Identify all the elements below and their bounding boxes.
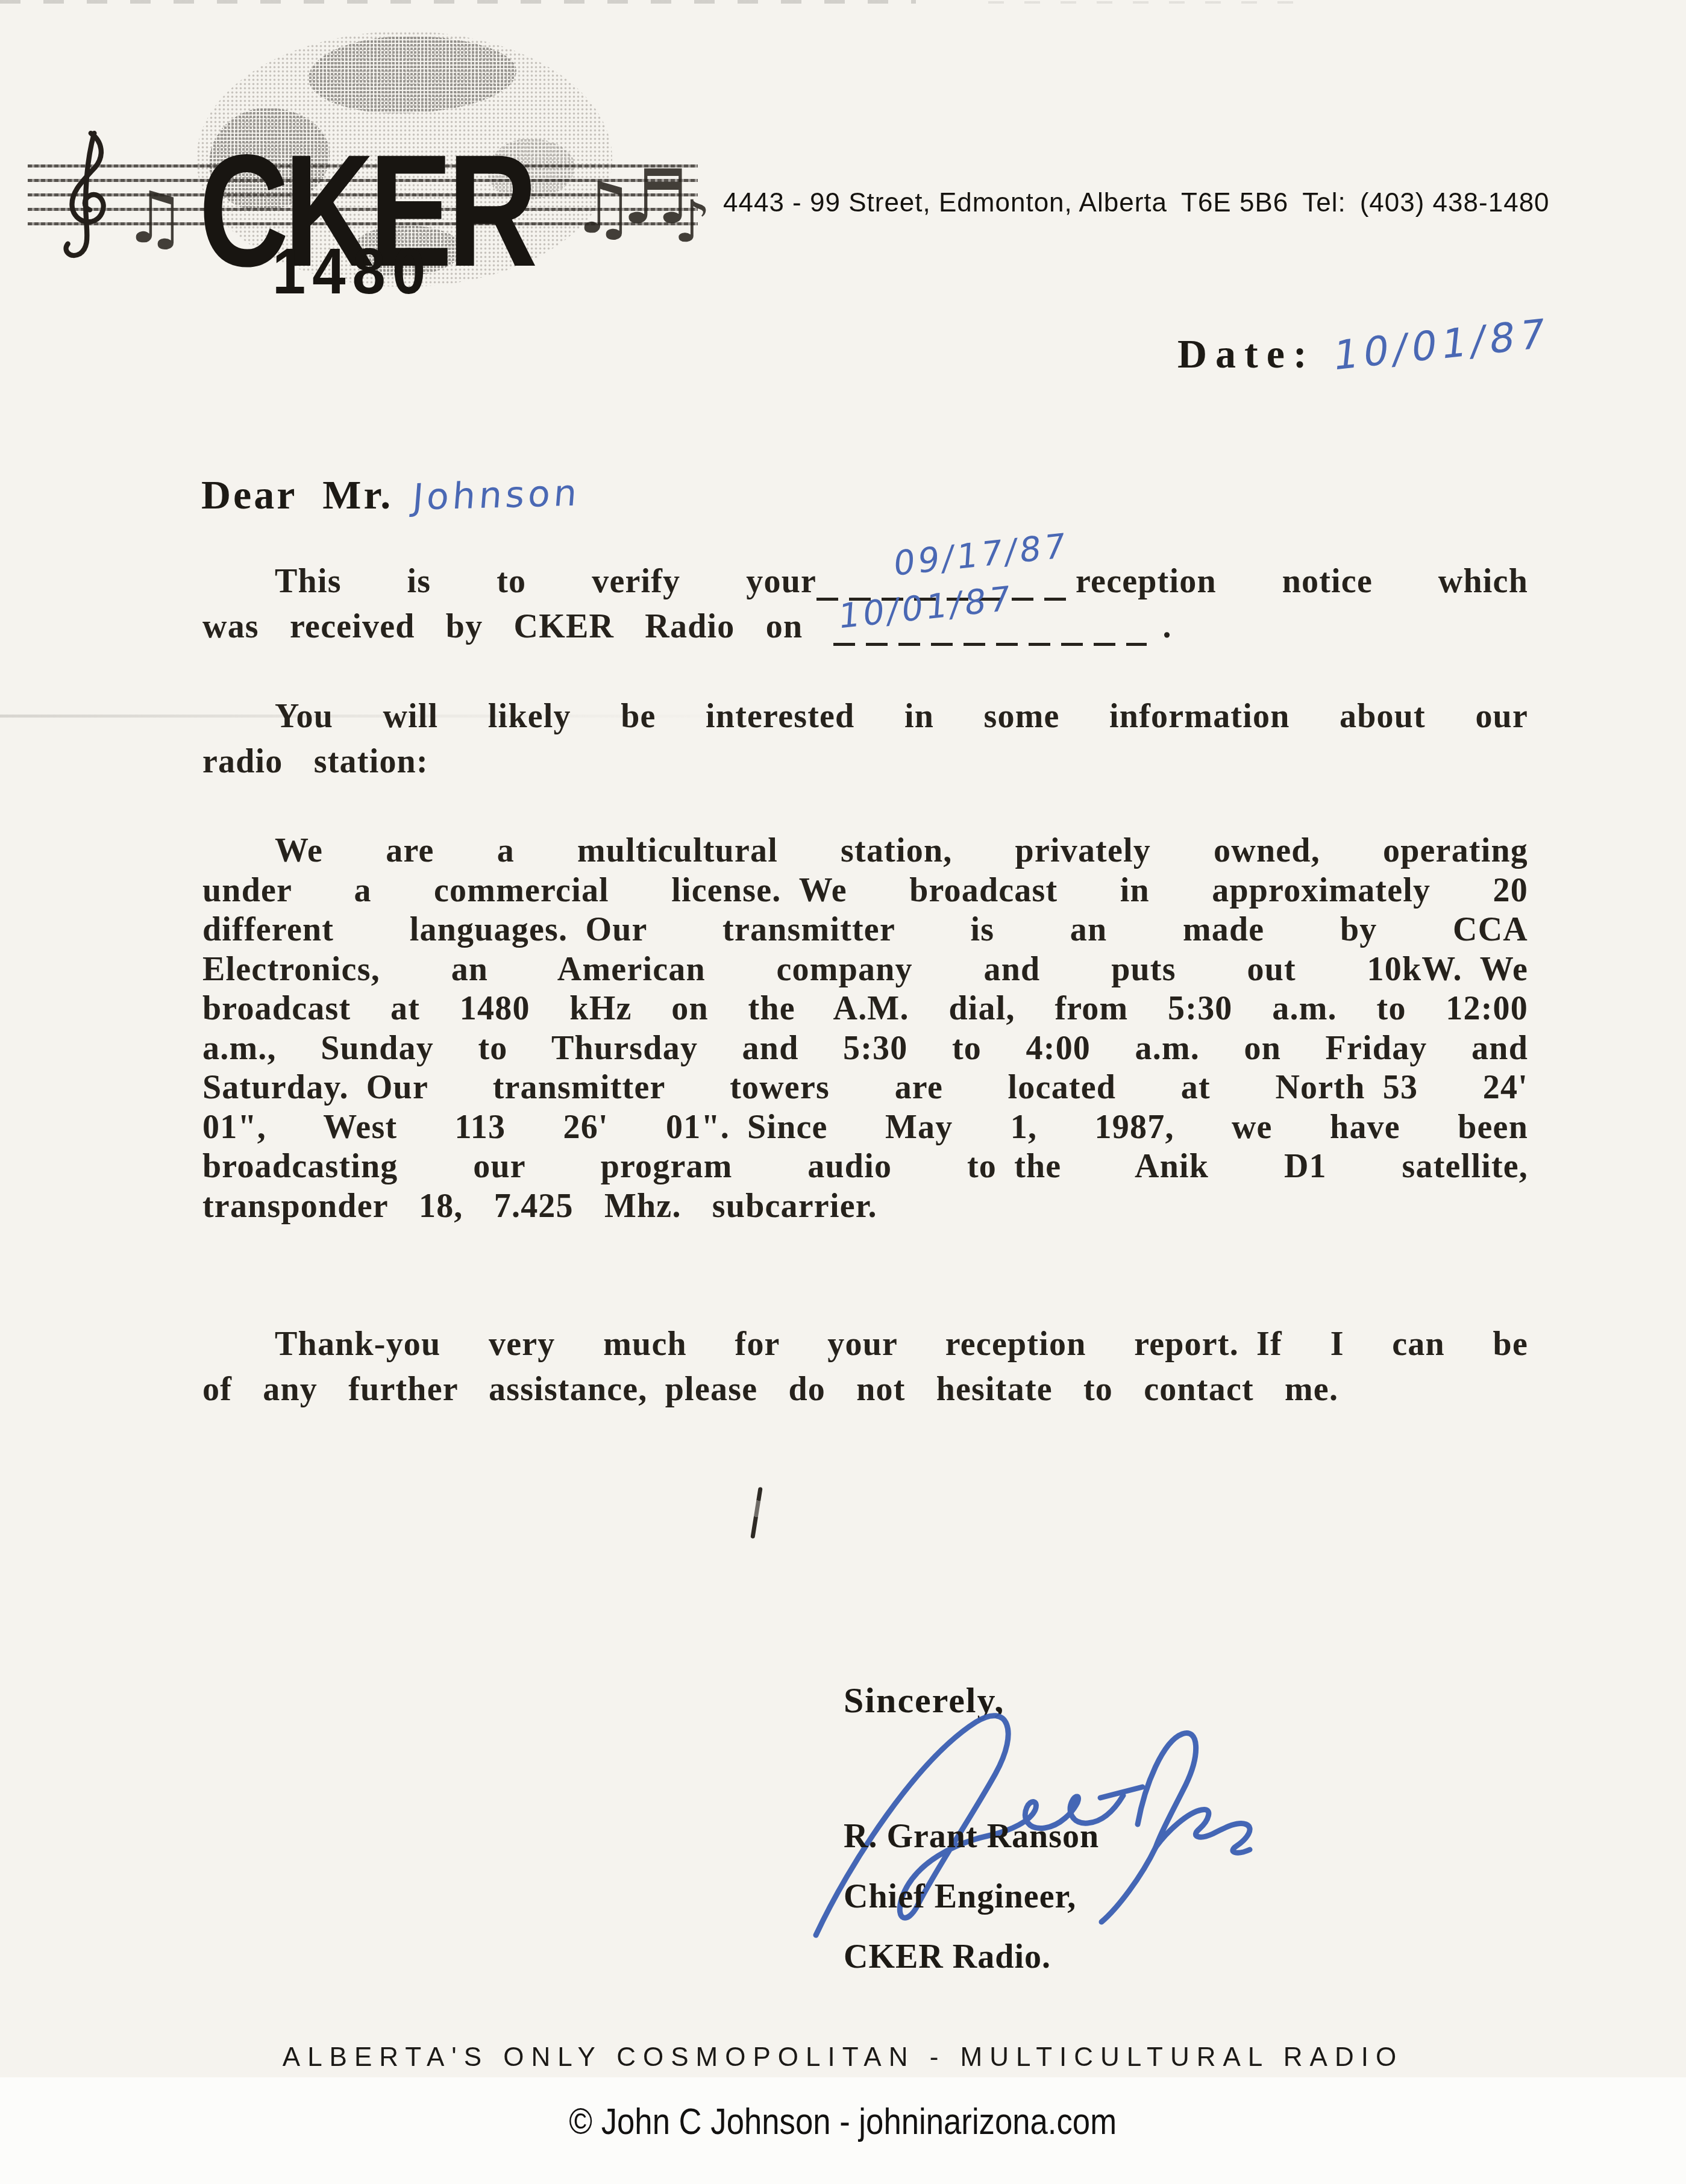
paragraph-verification: This is to verify your09/17/87reception …: [202, 559, 1528, 649]
recipient-name-handwritten: Johnson: [411, 472, 582, 519]
body-line: transponder 18, 7.425 Mhz. subcarrier.: [202, 1187, 1528, 1227]
line-text: reception notice which: [1076, 563, 1528, 600]
letterhead-address: 4443 - 99 Street, Edmonton, Alberta T6E …: [723, 188, 1550, 218]
greeting-text: Dear Mr.: [201, 472, 393, 518]
body-line: broadcasting our program audio to the An…: [202, 1147, 1528, 1187]
stray-pen-mark: [750, 1487, 762, 1539]
scan-noise-top: [0, 0, 916, 4]
letterhead-tagline: ALBERTA'S ONLY COSMOPOLITAN - MULTICULTU…: [0, 2042, 1686, 2073]
body-line: You will likely be interested in some in…: [202, 694, 1528, 739]
sender-name: R. Grant Ranson: [844, 1806, 1099, 1866]
paragraph-thanks: Thank-you very much for your reception r…: [202, 1322, 1528, 1412]
date-label: Date:: [1177, 331, 1315, 377]
date-line: Date:10/01/87: [1177, 330, 1548, 380]
body-line: different languages. Our transmitter is …: [202, 910, 1528, 950]
body-line: under a commercial license. We broadcast…: [202, 871, 1528, 911]
body-line: We are a multicultural station, privatel…: [202, 831, 1528, 871]
signature-block: R. Grant Ranson Chief Engineer, CKER Rad…: [844, 1806, 1099, 1987]
body-line: was received by CKER Radio on 10/01/87.: [202, 604, 1528, 649]
line-text: was received by CKER Radio on: [202, 608, 803, 645]
sender-org: CKER Radio.: [844, 1927, 1099, 1987]
salutation: Dear Mr.Johnson: [201, 471, 579, 519]
line-text: This is to verify your: [275, 563, 816, 600]
body-line: 01", West 113 26' 01". Since May 1, 1987…: [202, 1108, 1528, 1148]
scanned-letter-page: ♫ ♫ ♬ ♪ CKER 1480 4443 - 99 Street, Edmo…: [0, 0, 1686, 2184]
body-line: radio station:: [202, 739, 1528, 784]
body-line: a.m., Sunday to Thursday and 5:30 to 4:0…: [202, 1029, 1528, 1069]
body-line: of any further assistance, please do not…: [202, 1367, 1528, 1412]
date-value-handwritten: 10/01/87: [1331, 310, 1552, 380]
copyright-watermark: © John C Johnson - johninarizona.com: [0, 2100, 1686, 2143]
line-text: .: [1162, 608, 1171, 645]
scan-noise-top-right: [988, 1, 1314, 4]
body-line: Saturday. Our transmitter towers are loc…: [202, 1068, 1528, 1108]
eighth-note-icon: ♪: [674, 193, 710, 251]
globe-continent-shape: [309, 36, 516, 113]
station-logo: ♫ ♫ ♬ ♪ CKER 1480: [0, 12, 735, 301]
paragraph-station-info: We are a multicultural station, privatel…: [202, 831, 1528, 1226]
body-line: Thank-you very much for your reception r…: [202, 1322, 1528, 1367]
beamed-note-icon: ♫: [123, 182, 187, 253]
paragraph-intro: You will likely be interested in some in…: [202, 694, 1528, 784]
body-line: broadcast at 1480 kHz on the A.M. dial, …: [202, 989, 1528, 1029]
copyright-text: © John C Johnson - johninarizona.com: [569, 2100, 1117, 2143]
body-line: Electronics, an American company and put…: [202, 950, 1528, 990]
station-frequency: 1480: [272, 239, 432, 304]
treble-clef-icon: [53, 128, 127, 272]
blank-underline: 10/01/87: [833, 622, 1147, 646]
sender-title: Chief Engineer,: [844, 1866, 1099, 1927]
